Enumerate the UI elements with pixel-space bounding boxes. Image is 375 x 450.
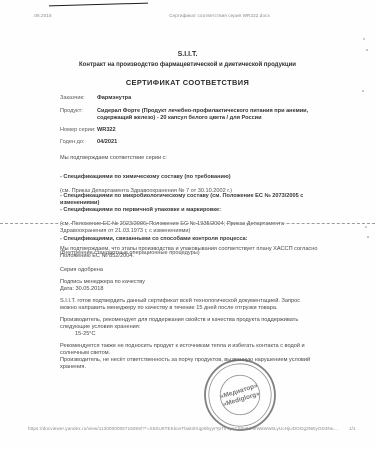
customer-label: Заказчик: (60, 95, 97, 102)
page-indicator: 1/1 (349, 426, 356, 431)
field-row-product: Продукт: Сидерал Форте (Продукт лечебно-… (60, 108, 328, 122)
field-row-customer: Заказчик: Фармэнутра (60, 95, 328, 102)
series-approved: Серия одобрена (60, 267, 328, 274)
scan-line-artifact (49, 3, 148, 7)
scan-speck (365, 226, 367, 228)
footer-url: https://docviewer.yandex.ru/view/1130000… (28, 426, 340, 431)
siit-note: S.I.I.T. готов подтвердить данный сертиф… (60, 298, 328, 312)
spec-head: - Спецификациями по химическому составу … (60, 174, 328, 181)
doc-filename: Сертификат соответствия серия WR322.docx (0, 13, 375, 18)
expiry-label: Годен до: (60, 139, 97, 146)
product-label: Продукт: (60, 108, 97, 122)
customer-value: Фармэнутра (97, 95, 131, 102)
scan-speck (366, 49, 368, 51)
scan-speck (363, 38, 365, 40)
certificate-title: СЕРТИФИКАТ СООТВЕТСТВИЯ (0, 78, 375, 87)
spec-head: - Спецификациями, связанными со способам… (60, 236, 328, 243)
recommendations: Рекомендуется также не подносить продукт… (60, 343, 328, 371)
haccp-note: Мы подтверждаем, что этапы производства … (60, 246, 328, 260)
document-page: .06.2018 Сертификат соответствия серия W… (0, 0, 375, 450)
field-row-batch: Номер серии: WR322 (60, 127, 328, 134)
section-divider (0, 223, 375, 224)
company-stamp-icon: · ·· · ··· · ·· · ··· ·· · ·· ··· · ·· ·… (198, 353, 283, 438)
scan-speck (362, 90, 364, 92)
spec-head: - Спецификациями по первичной упаковке и… (60, 207, 328, 214)
org-name: S.I.I.T. (0, 51, 375, 58)
confirm-intro: Мы подтверждаем соответствие серии с: (60, 155, 328, 162)
scan-speck (367, 236, 369, 238)
signature-block: Подпись менеджера по качеству Дата: 30.0… (60, 279, 328, 293)
product-value: Сидерал Форте (Продукт лечебно-профилакт… (97, 108, 325, 122)
expiry-value: 04/2021 (97, 139, 117, 146)
storage-temp: 15-25°C (75, 331, 96, 337)
batch-label: Номер серии: (60, 127, 97, 134)
storage-conditions: Производитель, рекомендует для поддержан… (60, 317, 328, 331)
org-subtitle: Контракт на производство фармацевтическо… (0, 62, 375, 68)
stamp-outer-ring (201, 356, 279, 434)
field-row-expiry: Годен до: 04/2021 (60, 139, 328, 146)
batch-value: WR322 (97, 127, 116, 134)
